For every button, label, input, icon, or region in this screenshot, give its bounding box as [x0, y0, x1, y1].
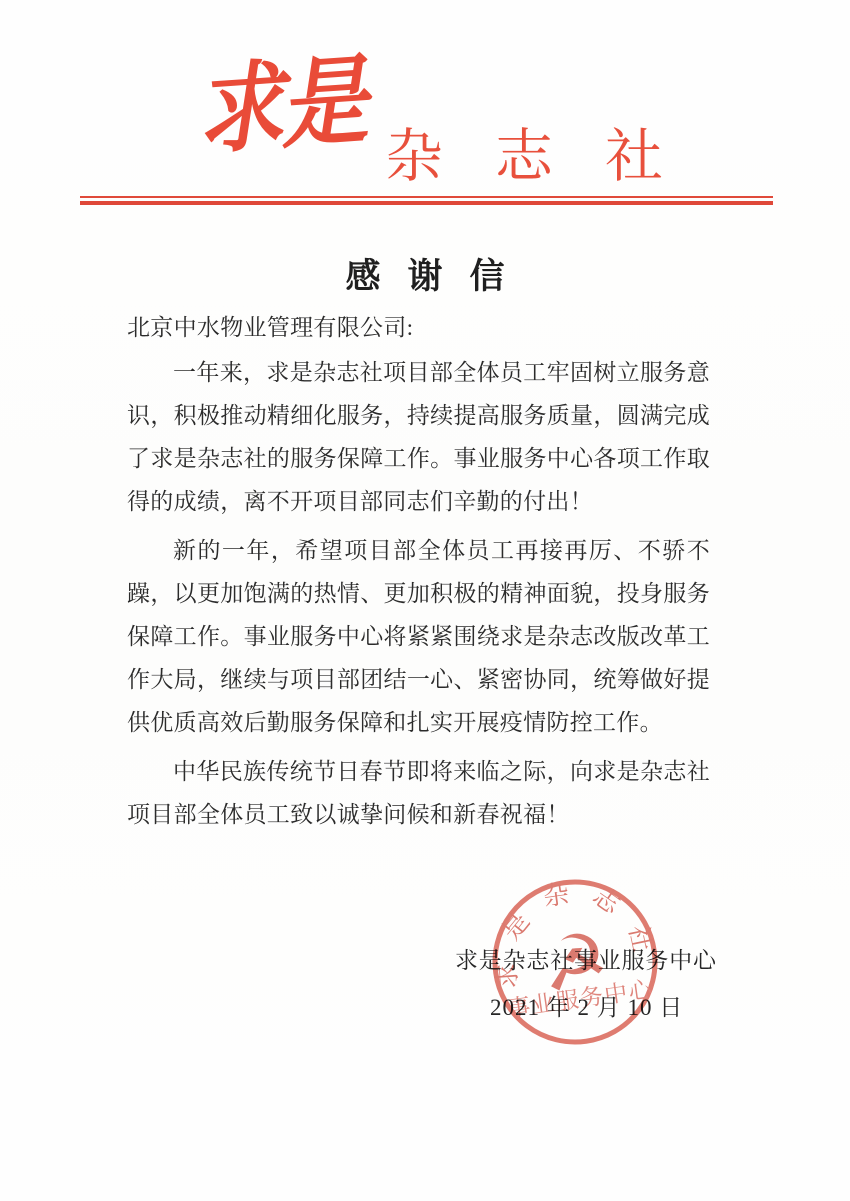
letter-title: 感谢信: [0, 249, 850, 299]
letterhead-organization-name: 杂志社: [385, 128, 715, 186]
paragraph-3: 中华民族传统节日春节即将来临之际，向求是杂志社项目部全体员工致以诚挚问候和新春祝…: [127, 750, 710, 836]
letter-page: 求是 杂志社 感谢信 北京中水物业管理有限公司: 一年来，求是杂志社项目部全体员…: [0, 0, 850, 1201]
letter-date: 2021 年 2 月 10 日: [490, 989, 683, 1022]
paragraph-2: 新的一年，希望项目部全体员工再接再厉、不骄不躁，以更加饱满的热情、更加积极的精神…: [127, 529, 710, 744]
salutation: 北京中水物业管理有限公司:: [127, 306, 710, 349]
signature-organization: 求是杂志社事业服务中心: [455, 942, 717, 975]
letterhead-calligraphy-logo: 求是: [193, 51, 367, 164]
letter-body: 北京中水物业管理有限公司: 一年来，求是杂志社项目部全体员工牢固树立服务意识，积…: [127, 306, 710, 842]
letterhead-divider: [80, 196, 773, 205]
paragraph-1: 一年来，求是杂志社项目部全体员工牢固树立服务意识，积极推动精细化服务，持续提高服…: [127, 351, 710, 523]
divider-thick-line: [80, 201, 773, 205]
